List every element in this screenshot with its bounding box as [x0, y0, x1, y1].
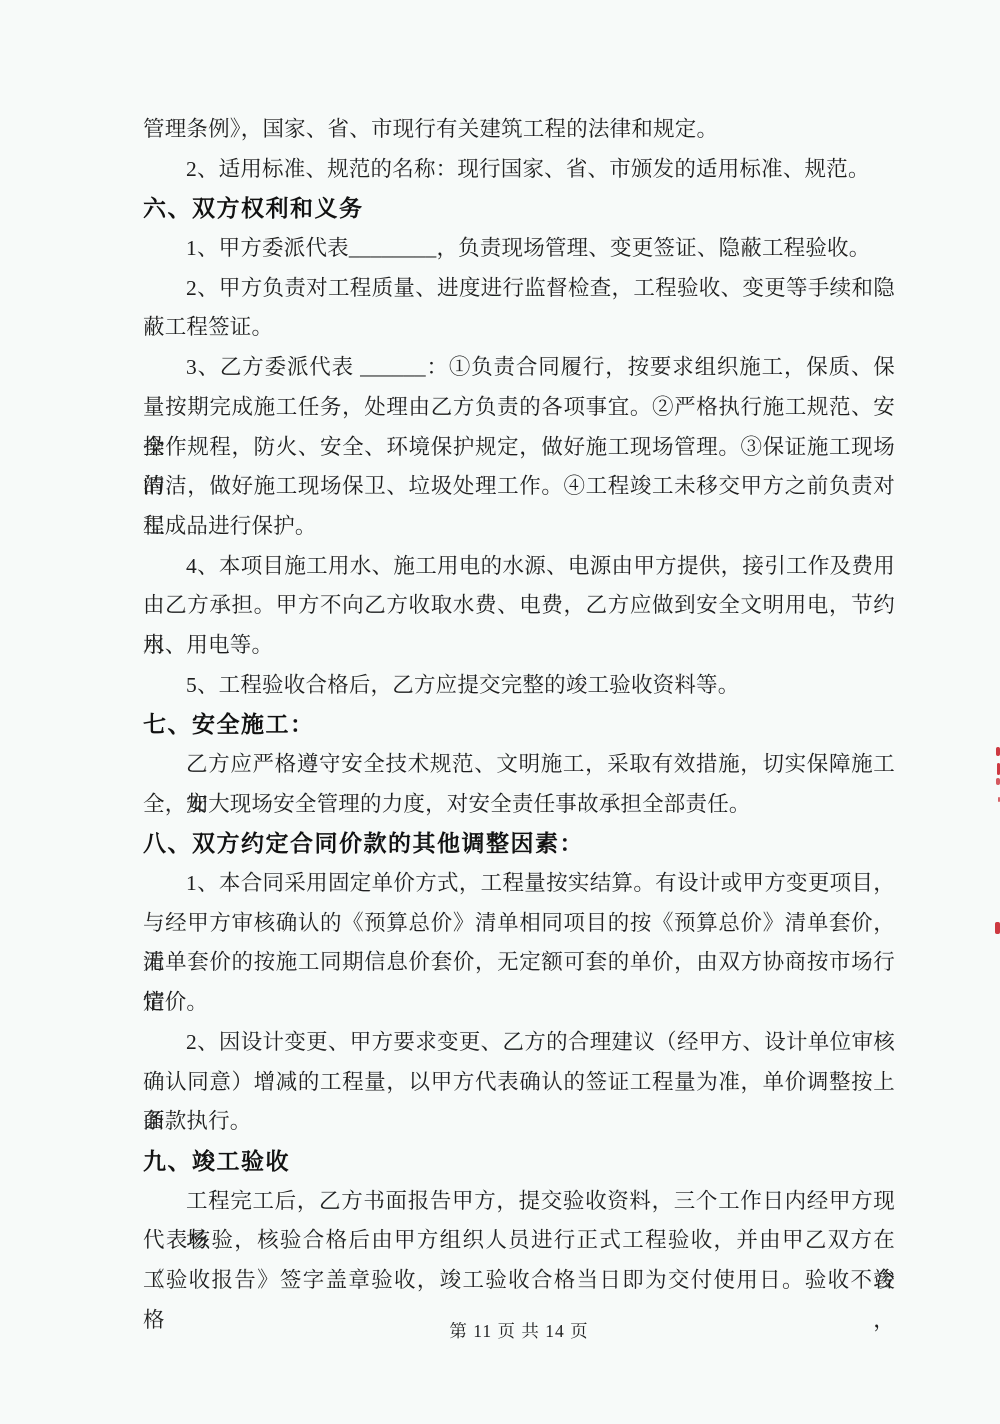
paragraph-line: 1、本合同采用固定单价方式，工程量按实结算。有设计或甲方变更项目， — [143, 864, 895, 904]
paragraph-line: 工验收报告》签字盖章验收，竣工验收合格当日即为交付使用日。验收不合格， — [143, 1261, 895, 1301]
red-seal-fragment — [995, 922, 1000, 934]
paragraph-line: 操作规程，防火、安全、环境保护规定，做好施工现场管理。③保证施工现场的 — [143, 428, 895, 468]
paragraph-line: 清单套价的按施工同期信息价套价，无定额可套的单价，由双方协商按市场行情 — [143, 943, 895, 983]
section-heading: 六、双方权利和义务 — [143, 189, 895, 229]
paragraph-line: 量按期完成施工任务，处理由乙方负责的各项事宜。②严格执行施工规范、安全 — [143, 388, 895, 428]
paragraph-line: 代表核验，核验合格后由甲方组织人员进行正式工程验收，并由甲乙双方在《竣 — [143, 1221, 895, 1261]
paragraph-line: 确认同意）增减的工程量，以甲方代表确认的签证工程量为准，单价调整按上面 — [143, 1063, 895, 1103]
paragraph-line: 管理条例》，国家、省、市现行有关建筑工程的法律和规定。 — [143, 110, 895, 150]
paragraph-line: 5、工程验收合格后，乙方应提交完整的竣工验收资料等。 — [143, 666, 895, 706]
paragraph-line: 3、乙方委派代表 ______：①负责合同履行，按要求组织施工，保质、保 — [143, 348, 895, 388]
paragraph-line: 程成品进行保护。 — [143, 507, 895, 547]
paragraph-line: 水、用电等。 — [143, 626, 895, 666]
page-number: 第 11 页 共 14 页 — [449, 1321, 588, 1341]
paragraph-line: 条款执行。 — [143, 1102, 895, 1142]
section-heading: 八、双方约定合同价款的其他调整因素： — [143, 824, 895, 864]
page-footer: 第 11 页 共 14 页 — [143, 1320, 895, 1342]
red-seal-fragment — [996, 778, 1000, 785]
paragraph-line: 定价。 — [143, 983, 895, 1023]
paragraph-line: 蔽工程签证。 — [143, 308, 895, 348]
paragraph-line: 工程完工后，乙方书面报告甲方，提交验收资料，三个工作日内经甲方现场 — [143, 1182, 895, 1222]
paragraph-line: 全，加大现场安全管理的力度，对安全责任事故承担全部责任。 — [143, 785, 895, 825]
scanned-contract-page: 管理条例》，国家、省、市现行有关建筑工程的法律和规定。 2、适用标准、规范的名称… — [0, 0, 1000, 1424]
paragraph-line: 与经甲方审核确认的《预算总价》清单相同项目的按《预算总价》清单套价，无 — [143, 904, 895, 944]
paragraph-line: 2、因设计变更、甲方要求变更、乙方的合理建议（经甲方、设计单位审核 — [143, 1023, 895, 1063]
paragraph-line: 乙方应严格遵守安全技术规范、文明施工，采取有效措施，切实保障施工安 — [143, 745, 895, 785]
section-heading: 七、安全施工： — [143, 705, 895, 745]
contract-body: 管理条例》，国家、省、市现行有关建筑工程的法律和规定。 2、适用标准、规范的名称… — [143, 110, 895, 1301]
paragraph-line: 4、本项目施工用水、施工用电的水源、电源由甲方提供，接引工作及费用 — [143, 547, 895, 587]
paragraph-line: 1、甲方委派代表________，负责现场管理、变更签证、隐蔽工程验收。 — [143, 229, 895, 269]
paragraph-line: 清洁，做好施工现场保卫、垃圾处理工作。④工程竣工未移交甲方之前负责对工 — [143, 467, 895, 507]
red-seal-fragment — [996, 747, 1000, 756]
paragraph-line: 由乙方承担。甲方不向乙方收取水费、电费，乙方应做到安全文明用电，节约用 — [143, 586, 895, 626]
paragraph-line: 2、适用标准、规范的名称：现行国家、省、市颁发的适用标准、规范。 — [143, 150, 895, 190]
paragraph-line: 2、甲方负责对工程质量、进度进行监督检查，工程验收、变更等手续和隐 — [143, 269, 895, 309]
section-heading: 九、竣工验收 — [143, 1142, 895, 1182]
